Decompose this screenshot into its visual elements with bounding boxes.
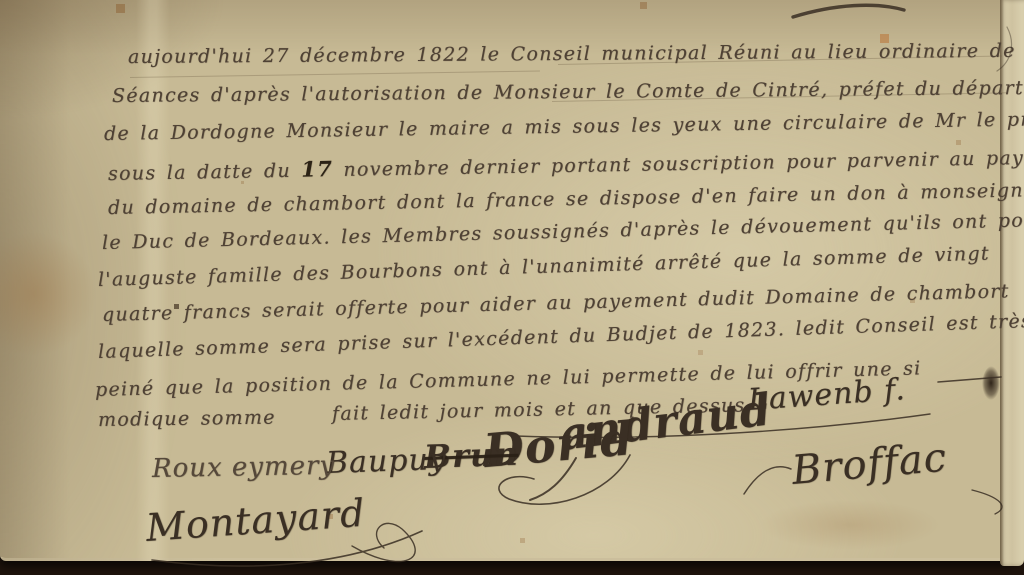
signature-roux-eymery: Roux eymery <box>152 451 336 484</box>
manuscript-line-11: modique somme <box>98 407 276 431</box>
line-4-prefix: sous la datte du <box>108 160 302 185</box>
paper-foxing-spots <box>0 0 1 1</box>
signature-baupuy: Baupuy <box>325 442 447 481</box>
line-4-day-number: 17 <box>301 156 333 182</box>
document-photo: aujourd'hui 27 décembre 1822 le Conseil … <box>0 0 1024 575</box>
paper-stain-bottom-right <box>760 500 940 550</box>
